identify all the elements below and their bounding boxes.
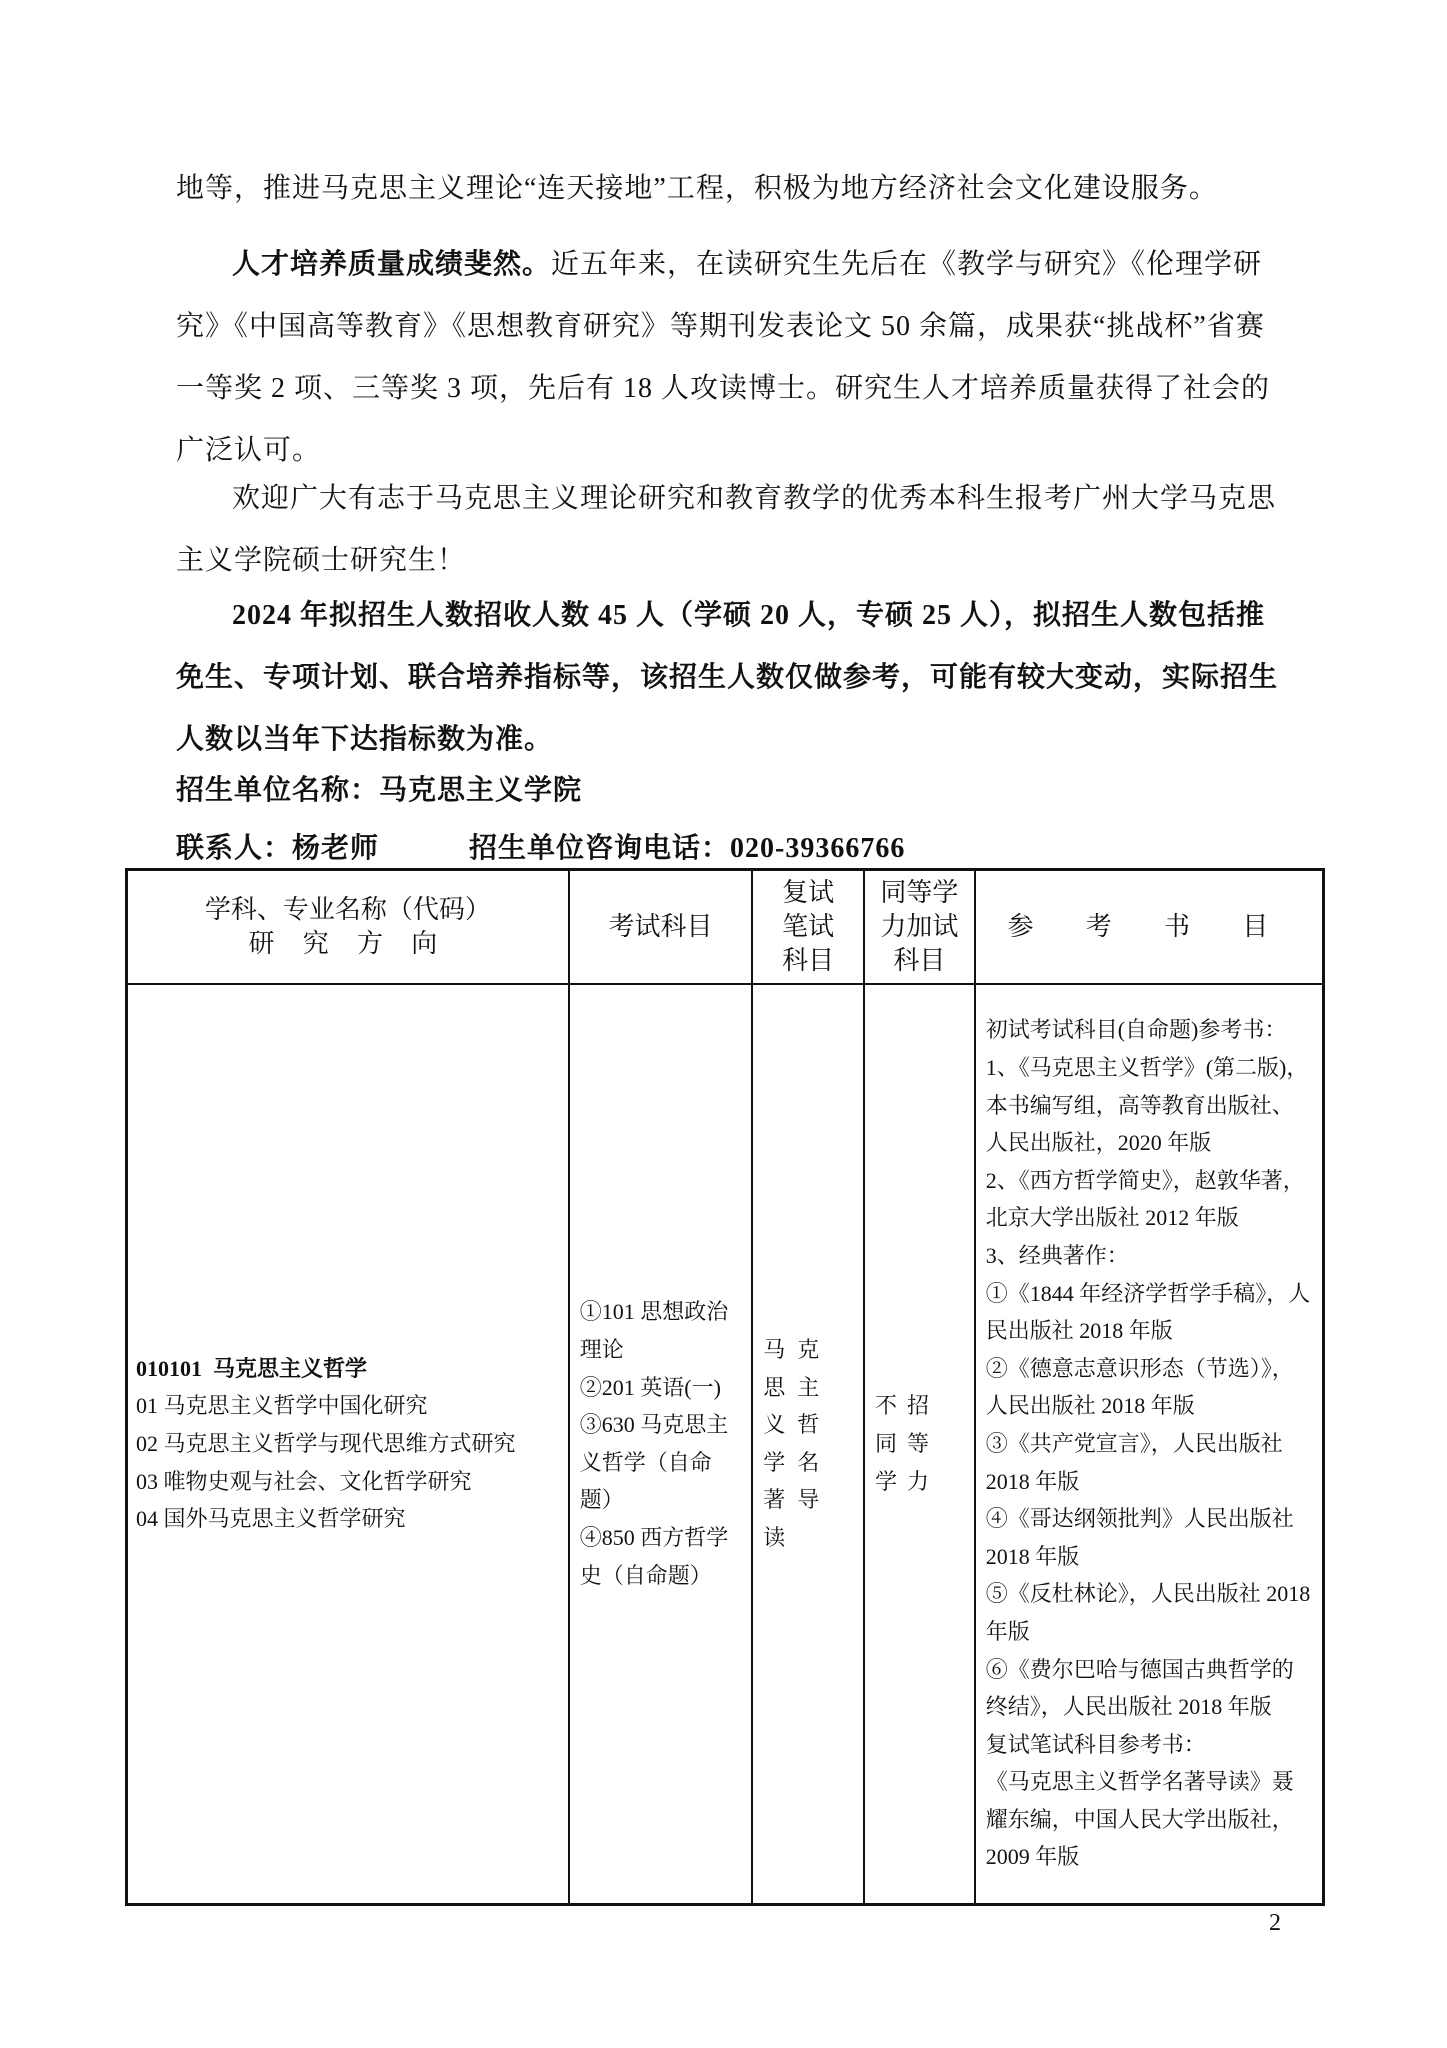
reference-item: ⑥《费尔巴哈与德国古典哲学的终结》，人民出版社 2018 年版 [986, 1651, 1312, 1726]
exam-subject-item: ②201 英语(一) [580, 1369, 741, 1407]
direction-item: 01 马克思主义哲学中国化研究 [136, 1387, 558, 1425]
header-major-line2: 研 究 方 向 [132, 927, 564, 961]
reference-item: ③《共产党宣言》，人民出版社 2018 年版 [986, 1425, 1312, 1500]
document-page: 地等，推进马克思主义理论“连天接地”工程，积极为地方经济社会文化建设服务。 人才… [0, 0, 1447, 2048]
major-name: 马克思主义哲学 [213, 1356, 367, 1381]
references-cell: 初试考试科目(自命题)参考书： 1、《马克思主义哲学》(第二版)，本书编写组，高… [975, 984, 1324, 1904]
phone-label: 招生单位咨询电话： [469, 833, 730, 864]
paragraph-service-tail: 地等，推进马克思主义理论“连天接地”工程，积极为地方经济社会文化建设服务。 [176, 158, 1280, 220]
reference-item: ②《德意志意识形态（节选）》，人民出版社 2018 年版 [986, 1350, 1312, 1425]
header-equivalent-extra: 同等学力加试科目 [864, 870, 975, 985]
retest-written-cell: 马克思主义哲学名著导读 [752, 984, 864, 1904]
direction-item: 04 国外马克思主义哲学研究 [136, 1500, 558, 1538]
table-row: 010101 马克思主义哲学 01 马克思主义哲学中国化研究 02 马克思主义哲… [127, 984, 1324, 1904]
exam-subject-item: ①101 思想政治理论 [580, 1293, 741, 1368]
contact-line: 联系人：杨老师招生单位咨询电话：020-39366766 [176, 826, 905, 866]
unit-name-line: 招生单位名称：马克思主义学院 [176, 768, 582, 808]
table-header-row: 学科、专业名称（代码） 研 究 方 向 考试科目 复试笔试科目 同等学力加试科目… [127, 870, 1324, 985]
phone-value: 020-39366766 [730, 833, 905, 864]
reference-item: 《马克思主义哲学名著导读》聂耀东编，中国人民大学出版社，2009 年版 [986, 1763, 1312, 1876]
paragraph-body: 近五年来，在读研究生先后在《教学与研究》《伦理学研究》《中国高等教育》《思想教育… [176, 249, 1270, 466]
page-number: 2 [1269, 1910, 1281, 1937]
paragraph-lead-bold: 人才培养质量成绩斐然。 [232, 249, 551, 280]
header-major-line1: 学科、专业名称（代码） [132, 893, 564, 927]
major-code: 010101 [136, 1356, 202, 1381]
unit-name-value: 马克思主义学院 [379, 775, 582, 806]
header-major: 学科、专业名称（代码） 研 究 方 向 [127, 870, 569, 985]
paragraph-welcome: 欢迎广大有志于马克思主义理论研究和教育教学的优秀本科生报考广州大学马克思主义学院… [176, 468, 1280, 592]
header-exam-subjects: 考试科目 [569, 870, 752, 985]
contact-value: 杨老师 [292, 833, 379, 864]
direction-item: 03 唯物史观与社会、文化哲学研究 [136, 1463, 558, 1501]
major-title: 010101 马克思主义哲学 [136, 1350, 558, 1388]
reference-item: ①《1844 年经济学哲学手稿》，人民出版社 2018 年版 [986, 1275, 1312, 1350]
unit-name-label: 招生单位名称： [176, 775, 379, 806]
exam-subjects-cell: ①101 思想政治理论 ②201 英语(一) ③630 马克思主义哲学（自命题）… [569, 984, 752, 1904]
reference-item: ⑤《反杜林论》，人民出版社 2018 年版 [986, 1575, 1312, 1650]
header-retest-written: 复试笔试科目 [752, 870, 864, 985]
contact-label: 联系人： [176, 833, 292, 864]
reference-item: 3、经典著作： [986, 1237, 1312, 1275]
paragraph-talent-quality: 人才培养质量成绩斐然。近五年来，在读研究生先后在《教学与研究》《伦理学研究》《中… [176, 234, 1280, 482]
paragraph-enrollment-plan: 2024 年拟招生人数招收人数 45 人（学硕 20 人，专硕 25 人），拟招… [176, 585, 1280, 771]
exam-subject-item: ④850 西方哲学史（自命题） [580, 1519, 741, 1594]
direction-item: 02 马克思主义哲学与现代思维方式研究 [136, 1425, 558, 1463]
equivalent-extra-cell: 不招同等学力 [864, 984, 975, 1904]
reference-item: ④《哥达纲领批判》人民出版社 2018 年版 [986, 1500, 1312, 1575]
reference-item: 1、《马克思主义哲学》(第二版)，本书编写组，高等教育出版社、人民出版社，202… [986, 1049, 1312, 1162]
reference-item: 初试考试科目(自命题)参考书： [986, 1011, 1312, 1049]
header-references: 参 考 书 目 [975, 870, 1324, 985]
reference-item: 复试笔试科目参考书： [986, 1726, 1312, 1764]
header-references-label: 参 考 书 目 [1007, 912, 1290, 942]
reference-item: 2、《西方哲学简史》，赵敦华著，北京大学出版社 2012 年版 [986, 1162, 1312, 1237]
major-cell: 010101 马克思主义哲学 01 马克思主义哲学中国化研究 02 马克思主义哲… [127, 984, 569, 1904]
exam-subject-item: ③630 马克思主义哲学（自命题） [580, 1406, 741, 1519]
admissions-table: 学科、专业名称（代码） 研 究 方 向 考试科目 复试笔试科目 同等学力加试科目… [125, 868, 1325, 1906]
